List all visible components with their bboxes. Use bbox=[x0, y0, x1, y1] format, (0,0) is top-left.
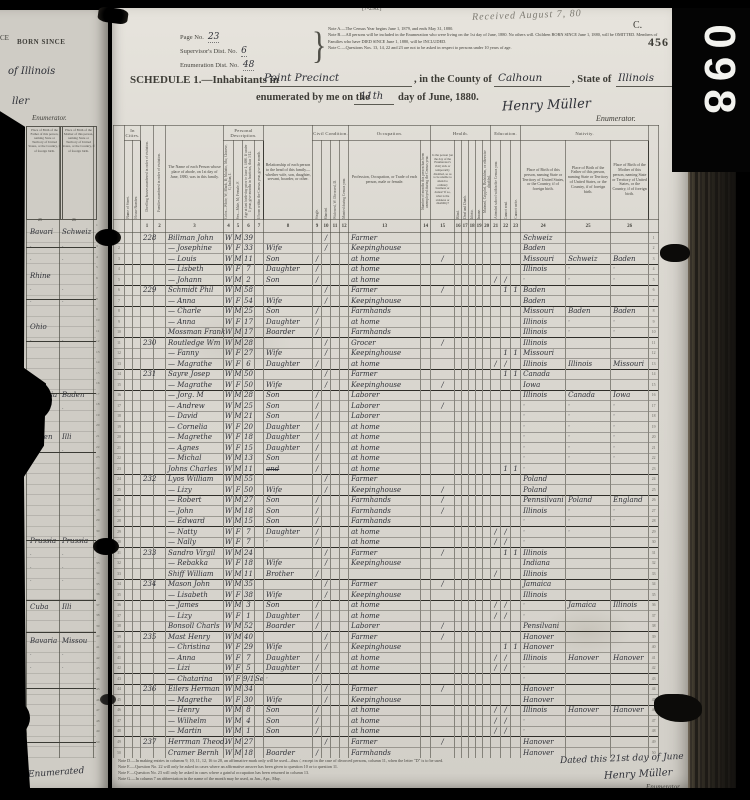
ditto-mark: ″ bbox=[523, 677, 525, 683]
cell-house bbox=[133, 233, 141, 244]
cell-birthplace: Illinois bbox=[521, 317, 566, 328]
cell-sex: F bbox=[234, 317, 243, 328]
cell-cannot_read bbox=[501, 296, 511, 307]
cell-line_r: 41 bbox=[649, 653, 659, 664]
col-number-blind: 16 bbox=[455, 220, 462, 233]
cell-house bbox=[133, 695, 141, 706]
cell-single: / bbox=[313, 422, 322, 433]
cell-name: — Andrew bbox=[166, 401, 224, 412]
cell-month bbox=[255, 747, 264, 758]
cell-married bbox=[322, 527, 331, 538]
cell-blind bbox=[455, 411, 462, 422]
cell-school bbox=[491, 390, 501, 401]
cell-family bbox=[154, 558, 166, 569]
cell-text: Eilers Herman bbox=[168, 685, 220, 693]
cell-relationship: Daughter bbox=[264, 611, 313, 622]
cell-text: / bbox=[316, 622, 318, 630]
cell-color: W bbox=[224, 306, 234, 317]
cell-text: 5 bbox=[246, 664, 250, 672]
prev-mother-birthplace: Missou bbox=[62, 637, 87, 645]
schedule-place: Point Precinct bbox=[264, 72, 339, 84]
cell-name: — Lizi bbox=[166, 663, 224, 674]
cell-married_yr bbox=[340, 705, 349, 716]
cell-deaf bbox=[462, 506, 469, 517]
cell-text: — Martin bbox=[168, 727, 201, 735]
cell-month bbox=[255, 726, 264, 737]
cell-blind bbox=[455, 380, 462, 391]
cell-text: 10 bbox=[652, 330, 656, 334]
cell-house bbox=[133, 495, 141, 506]
cell-street bbox=[125, 285, 133, 296]
cell-color: W bbox=[224, 642, 234, 653]
ditto-mark: ″ bbox=[568, 519, 570, 525]
cell-text: / bbox=[316, 717, 318, 725]
cell-house bbox=[133, 705, 141, 716]
cell-text: W bbox=[225, 255, 232, 263]
cell-text: 33 bbox=[652, 572, 656, 576]
cell-street bbox=[125, 464, 133, 475]
cell-married_yr bbox=[340, 558, 349, 569]
cell-birthplace: Indiana bbox=[521, 558, 566, 569]
cell-text: at home bbox=[351, 538, 380, 546]
cell-family bbox=[154, 317, 166, 328]
cell-text: Wife bbox=[266, 381, 282, 389]
cell-sick bbox=[431, 642, 455, 653]
cell-text: 36 bbox=[117, 603, 121, 607]
col-header-line_r bbox=[649, 126, 659, 220]
binder-smudge bbox=[100, 694, 116, 705]
cell-widowed bbox=[331, 716, 340, 727]
cell-color: W bbox=[224, 548, 234, 559]
col-number-month: 7 bbox=[255, 220, 264, 233]
census-row: 16— Jorg. MWM28Son/LaborerIllinoisCanada… bbox=[114, 390, 659, 401]
group-header-civil: Civil Condition. bbox=[313, 126, 349, 141]
cell-text: / bbox=[325, 696, 327, 704]
cell-text: 41 bbox=[652, 656, 656, 660]
cell-color: W bbox=[224, 317, 234, 328]
cell-text: — Magrathe bbox=[168, 360, 212, 368]
cell-text: / bbox=[316, 307, 318, 315]
cell-occupation: Farmer bbox=[349, 632, 421, 643]
cell-blind bbox=[455, 443, 462, 454]
cell-line_l: 37 bbox=[114, 611, 125, 622]
census-row: 18— DavidWM21Son/Laborer″″″18 bbox=[114, 411, 659, 422]
cell-insane bbox=[476, 443, 483, 454]
cell-birthplace: ″ bbox=[521, 611, 566, 622]
cell-insane bbox=[476, 264, 483, 275]
cell-birthplace: Baden bbox=[521, 296, 566, 307]
col-header-father: Place of Birth of the Father of this per… bbox=[566, 141, 611, 220]
cell-unemployed bbox=[421, 590, 431, 601]
cell-text: 49 bbox=[117, 740, 121, 744]
cell-father: ″ bbox=[566, 401, 611, 412]
cell-name: — Henry bbox=[166, 705, 224, 716]
cell-month bbox=[255, 422, 264, 433]
cell-sick bbox=[431, 653, 455, 664]
census-row: 12— FannyWF27Wife/Keepinghouse11Missouri… bbox=[114, 348, 659, 359]
cell-text: M bbox=[234, 496, 241, 504]
cell-married bbox=[322, 663, 331, 674]
cell-blind bbox=[455, 695, 462, 706]
col-header-mother: Place of Birth of the Mother of this per… bbox=[611, 141, 649, 220]
cell-blind bbox=[455, 338, 462, 349]
cell-deaf bbox=[462, 264, 469, 275]
cell-text: 14 bbox=[652, 372, 656, 376]
cell-text: / bbox=[316, 433, 318, 441]
ditto-mark: ″ bbox=[613, 509, 615, 515]
cell-text: Missouri bbox=[523, 255, 554, 263]
cell-blind bbox=[455, 296, 462, 307]
cell-maimed bbox=[483, 684, 491, 695]
cell-line_l: 9 bbox=[114, 317, 125, 328]
prev-heavy-line bbox=[26, 688, 96, 689]
cell-occupation: at home bbox=[349, 432, 421, 443]
cell-mother: ″ bbox=[611, 443, 649, 454]
cell-insane bbox=[476, 674, 483, 685]
cell-text: W bbox=[225, 696, 232, 704]
cell-text: 11 bbox=[117, 341, 121, 345]
cell-unemployed bbox=[421, 642, 431, 653]
cell-line_l: 49 bbox=[114, 737, 125, 748]
cell-text: 15 bbox=[117, 383, 121, 387]
cell-text: / bbox=[316, 538, 318, 546]
cell-married bbox=[322, 359, 331, 370]
cell-idiotic bbox=[469, 569, 476, 580]
cell-unemployed bbox=[421, 663, 431, 674]
cell-month bbox=[255, 632, 264, 643]
cell-text: Mason John bbox=[168, 580, 210, 588]
prev-heavy-line bbox=[26, 742, 96, 743]
cell-text: 7 bbox=[246, 654, 250, 662]
cell-dwelling bbox=[141, 380, 154, 391]
ditto-mark: ″ bbox=[613, 435, 615, 441]
cell-text: 26 bbox=[652, 498, 656, 502]
ditto-mark: ″ bbox=[613, 425, 615, 431]
cell-text: 19 bbox=[117, 425, 121, 429]
cell-age: 8 bbox=[243, 705, 255, 716]
col-number-single: 9 bbox=[313, 220, 322, 233]
cell-text: / bbox=[316, 570, 318, 578]
cell-dwelling bbox=[141, 527, 154, 538]
cell-unemployed bbox=[421, 705, 431, 716]
cell-line_l: 33 bbox=[114, 569, 125, 580]
cell-birthplace: Illinois bbox=[521, 705, 566, 716]
cell-maimed bbox=[483, 233, 491, 244]
cell-birthplace: Pensilvani bbox=[521, 621, 566, 632]
cell-text: 3 bbox=[246, 601, 250, 609]
cell-text: Hanover bbox=[568, 706, 598, 714]
cell-unemployed bbox=[421, 338, 431, 349]
cell-street bbox=[125, 516, 133, 527]
cell-married_yr bbox=[340, 485, 349, 496]
prev-line-number: 17 bbox=[96, 392, 100, 396]
cell-text: Jamaica bbox=[568, 601, 596, 609]
cell-line_l: 21 bbox=[114, 443, 125, 454]
cell-text: M bbox=[234, 234, 241, 242]
ditto-mark: ″ bbox=[613, 519, 615, 525]
cell-married bbox=[322, 422, 331, 433]
cell-color: W bbox=[224, 495, 234, 506]
cell-color: W bbox=[224, 611, 234, 622]
cell-father bbox=[566, 369, 611, 380]
cell-name: Cramer Bernh bbox=[166, 747, 224, 758]
cell-cannot_write bbox=[511, 600, 521, 611]
prev-line-number: 21 bbox=[96, 434, 100, 438]
cell-dwelling: 235 bbox=[141, 632, 154, 643]
cell-insane bbox=[476, 569, 483, 580]
col-label-maimed: Maimed, Crippled, Bedridden, or otherwis… bbox=[483, 144, 490, 219]
cell-line_r: 42 bbox=[649, 663, 659, 674]
enumeration-row: Enumeration Dist. No. 48 bbox=[180, 54, 312, 67]
cell-maimed bbox=[483, 401, 491, 412]
cell-text: F bbox=[236, 696, 241, 704]
cell-father bbox=[566, 611, 611, 622]
cell-age: 11 bbox=[243, 464, 255, 475]
cell-mother bbox=[611, 243, 649, 254]
cell-text: 6 bbox=[246, 360, 250, 368]
cell-widowed bbox=[331, 642, 340, 653]
cell-text: M bbox=[234, 276, 241, 284]
cell-text: 9 bbox=[118, 320, 120, 324]
blank-underline bbox=[260, 86, 412, 87]
cell-birthplace: Pennsilvani bbox=[521, 495, 566, 506]
cell-married: / bbox=[322, 348, 331, 359]
cell-color: W bbox=[224, 474, 234, 485]
cell-color: W bbox=[224, 380, 234, 391]
cell-family bbox=[154, 296, 166, 307]
cell-color: W bbox=[224, 275, 234, 286]
cell-text: / bbox=[325, 370, 327, 378]
cell-maimed bbox=[483, 506, 491, 517]
prev-line-number: 34 bbox=[96, 571, 100, 575]
cell-text: 233 bbox=[143, 549, 156, 557]
vwrap: Married. bbox=[322, 141, 330, 219]
cell-insane bbox=[476, 611, 483, 622]
cell-text: — Chatarina bbox=[168, 675, 213, 683]
cell-occupation: Keepinghouse bbox=[349, 642, 421, 653]
cell-text: Johns Charles bbox=[168, 465, 217, 473]
cell-married: / bbox=[322, 684, 331, 695]
cell-house bbox=[133, 275, 141, 286]
cell-text: / bbox=[494, 570, 496, 578]
cell-text: 46 bbox=[117, 708, 121, 712]
cell-relationship bbox=[264, 233, 313, 244]
cell-text: Wife bbox=[266, 591, 282, 599]
cell-text: / bbox=[316, 601, 318, 609]
ditto-mark: ″ bbox=[523, 467, 525, 473]
cell-unemployed bbox=[421, 422, 431, 433]
cell-birthplace: ″ bbox=[521, 600, 566, 611]
cell-sick: / bbox=[431, 684, 455, 695]
cell-line_r: 16 bbox=[649, 390, 659, 401]
ditto-mark: ″ bbox=[613, 456, 615, 462]
cell-family bbox=[154, 705, 166, 716]
cell-cannot_read: / bbox=[501, 359, 511, 370]
cell-house bbox=[133, 506, 141, 517]
cell-father: ″ bbox=[566, 506, 611, 517]
cell-line_r: 38 bbox=[649, 621, 659, 632]
cell-occupation: Farmer bbox=[349, 474, 421, 485]
cell-text: 37 bbox=[652, 614, 656, 618]
cell-father: ″ bbox=[566, 411, 611, 422]
cell-text: 34 bbox=[117, 582, 121, 586]
cell-text: / bbox=[494, 654, 496, 662]
cell-mother: ″ bbox=[611, 506, 649, 517]
cell-sex: F bbox=[234, 674, 243, 685]
cell-age: 34 bbox=[243, 684, 255, 695]
cell-text: 18 bbox=[244, 433, 253, 441]
cell-sex: F bbox=[234, 432, 243, 443]
cell-single bbox=[313, 348, 322, 359]
prev-entry: .. bbox=[0, 651, 108, 661]
cell-family bbox=[154, 695, 166, 706]
census-row: 2— JosephineWF33Wife/KeepinghouseBaden2 bbox=[114, 243, 659, 254]
cell-dwelling bbox=[141, 726, 154, 737]
cell-sex: F bbox=[234, 527, 243, 538]
cell-sex: M bbox=[234, 579, 243, 590]
cell-sick: / bbox=[431, 495, 455, 506]
cell-text: / bbox=[494, 612, 496, 620]
cell-widowed bbox=[331, 443, 340, 454]
cell-idiotic bbox=[469, 495, 476, 506]
cell-maimed bbox=[483, 464, 491, 475]
cell-month bbox=[255, 296, 264, 307]
cell-text: Baden bbox=[523, 297, 545, 305]
col-header-dwelling: Dwelling houses numbered in order of vis… bbox=[141, 126, 154, 220]
census-row: 30— NallyWF7″/at home//″30 bbox=[114, 537, 659, 548]
cell-text: 42 bbox=[117, 666, 121, 670]
cell-street bbox=[125, 642, 133, 653]
vwrap: Color—White, W; Black, B; Mulatto, Mu; C… bbox=[224, 141, 233, 219]
vwrap: Blind. bbox=[455, 141, 461, 219]
cell-school bbox=[491, 737, 501, 748]
cell-birthplace: ″ bbox=[521, 401, 566, 412]
cell-text: 40 bbox=[117, 645, 121, 649]
cell-married: / bbox=[322, 285, 331, 296]
cell-occupation: Keepinghouse bbox=[349, 590, 421, 601]
cell-name: Johns Charles bbox=[166, 464, 224, 475]
group-header-occupation: Occupation. bbox=[349, 126, 431, 141]
schedule-prefix: SCHEDULE 1.—Inhabitants in bbox=[130, 74, 279, 86]
cell-text: W bbox=[225, 381, 232, 389]
ditto-mark: ″ bbox=[613, 446, 615, 452]
col-label-blind: Blind. bbox=[456, 210, 460, 219]
cell-relationship: Son bbox=[264, 411, 313, 422]
cell-married_yr bbox=[340, 285, 349, 296]
cell-sex: M bbox=[234, 705, 243, 716]
cell-text: M bbox=[234, 370, 241, 378]
cell-married_yr bbox=[340, 369, 349, 380]
cell-text: Farmhands bbox=[351, 517, 391, 525]
cell-unemployed bbox=[421, 695, 431, 706]
cell-text: at home bbox=[351, 727, 380, 735]
cell-dwelling bbox=[141, 621, 154, 632]
cell-birthplace: Hanover bbox=[521, 632, 566, 643]
cell-line_l: 42 bbox=[114, 663, 125, 674]
cell-text: 43 bbox=[652, 677, 656, 681]
col-label-single: Single. bbox=[315, 209, 319, 219]
census-row: 46— HenryWM8Son/at home//IllinoisHanover… bbox=[114, 705, 659, 716]
cell-father bbox=[566, 569, 611, 580]
cell-married bbox=[322, 516, 331, 527]
cell-age: 9/12 bbox=[243, 674, 255, 685]
cell-street bbox=[125, 495, 133, 506]
cell-color: W bbox=[224, 747, 234, 758]
prev-line-number: 30 bbox=[96, 529, 100, 533]
cell-maimed bbox=[483, 737, 491, 748]
cell-street bbox=[125, 705, 133, 716]
cell-age: 3 bbox=[243, 600, 255, 611]
cell-text: 12 bbox=[117, 351, 121, 355]
cell-idiotic bbox=[469, 243, 476, 254]
cell-unemployed bbox=[421, 737, 431, 748]
cell-age: 50 bbox=[243, 485, 255, 496]
cell-street bbox=[125, 390, 133, 401]
prev-father-birthplace: Prussia bbox=[30, 537, 56, 545]
cell-insane bbox=[476, 642, 483, 653]
cell-age: 58 bbox=[243, 285, 255, 296]
cell-married bbox=[322, 411, 331, 422]
cell-sex: M bbox=[234, 548, 243, 559]
cell-unemployed bbox=[421, 632, 431, 643]
cell-relationship bbox=[264, 632, 313, 643]
prev-line-number: 44 bbox=[96, 677, 100, 681]
cell-insane bbox=[476, 464, 483, 475]
cell-married bbox=[322, 317, 331, 328]
cell-widowed bbox=[331, 663, 340, 674]
prev-mother-birthplace: . bbox=[62, 564, 64, 570]
cell-text: M bbox=[234, 328, 241, 336]
cell-color: W bbox=[224, 390, 234, 401]
cell-single: / bbox=[313, 464, 322, 475]
cell-text: 47 bbox=[652, 719, 656, 723]
cell-text: 22 bbox=[117, 456, 121, 460]
cell-house bbox=[133, 600, 141, 611]
cell-text: 4 bbox=[246, 717, 250, 725]
cell-color: W bbox=[224, 621, 234, 632]
cell-line_r: 7 bbox=[649, 296, 659, 307]
cell-house bbox=[133, 632, 141, 643]
cell-house bbox=[133, 306, 141, 317]
cell-sex: F bbox=[234, 590, 243, 601]
cell-text: 18 bbox=[117, 414, 121, 418]
cell-mother bbox=[611, 464, 649, 475]
cell-sex: M bbox=[234, 747, 243, 758]
cell-birthplace: Hanover bbox=[521, 642, 566, 653]
cell-idiotic bbox=[469, 369, 476, 380]
cell-occupation: at home bbox=[349, 611, 421, 622]
cell-sex: F bbox=[234, 243, 243, 254]
cell-family bbox=[154, 642, 166, 653]
cell-text: Illinois bbox=[523, 706, 547, 714]
cell-insane bbox=[476, 590, 483, 601]
ditto-mark: ″ bbox=[523, 614, 525, 620]
cell-line_l: 35 bbox=[114, 590, 125, 601]
cell-age: 18 bbox=[243, 432, 255, 443]
cell-maimed bbox=[483, 485, 491, 496]
cell-mother: Baden bbox=[611, 306, 649, 317]
cell-house bbox=[133, 747, 141, 758]
cell-text: F bbox=[236, 360, 241, 368]
cell-unemployed bbox=[421, 537, 431, 548]
cell-sick: / bbox=[431, 632, 455, 643]
census-row: 25— LizyWF50Wife/Keepinghouse/Poland25 bbox=[114, 485, 659, 496]
col-label-insane: Insane. bbox=[477, 209, 481, 219]
cell-street bbox=[125, 453, 133, 464]
cell-text: Hanover bbox=[613, 654, 643, 662]
cell-text: W bbox=[225, 517, 232, 525]
cell-insane bbox=[476, 747, 483, 758]
